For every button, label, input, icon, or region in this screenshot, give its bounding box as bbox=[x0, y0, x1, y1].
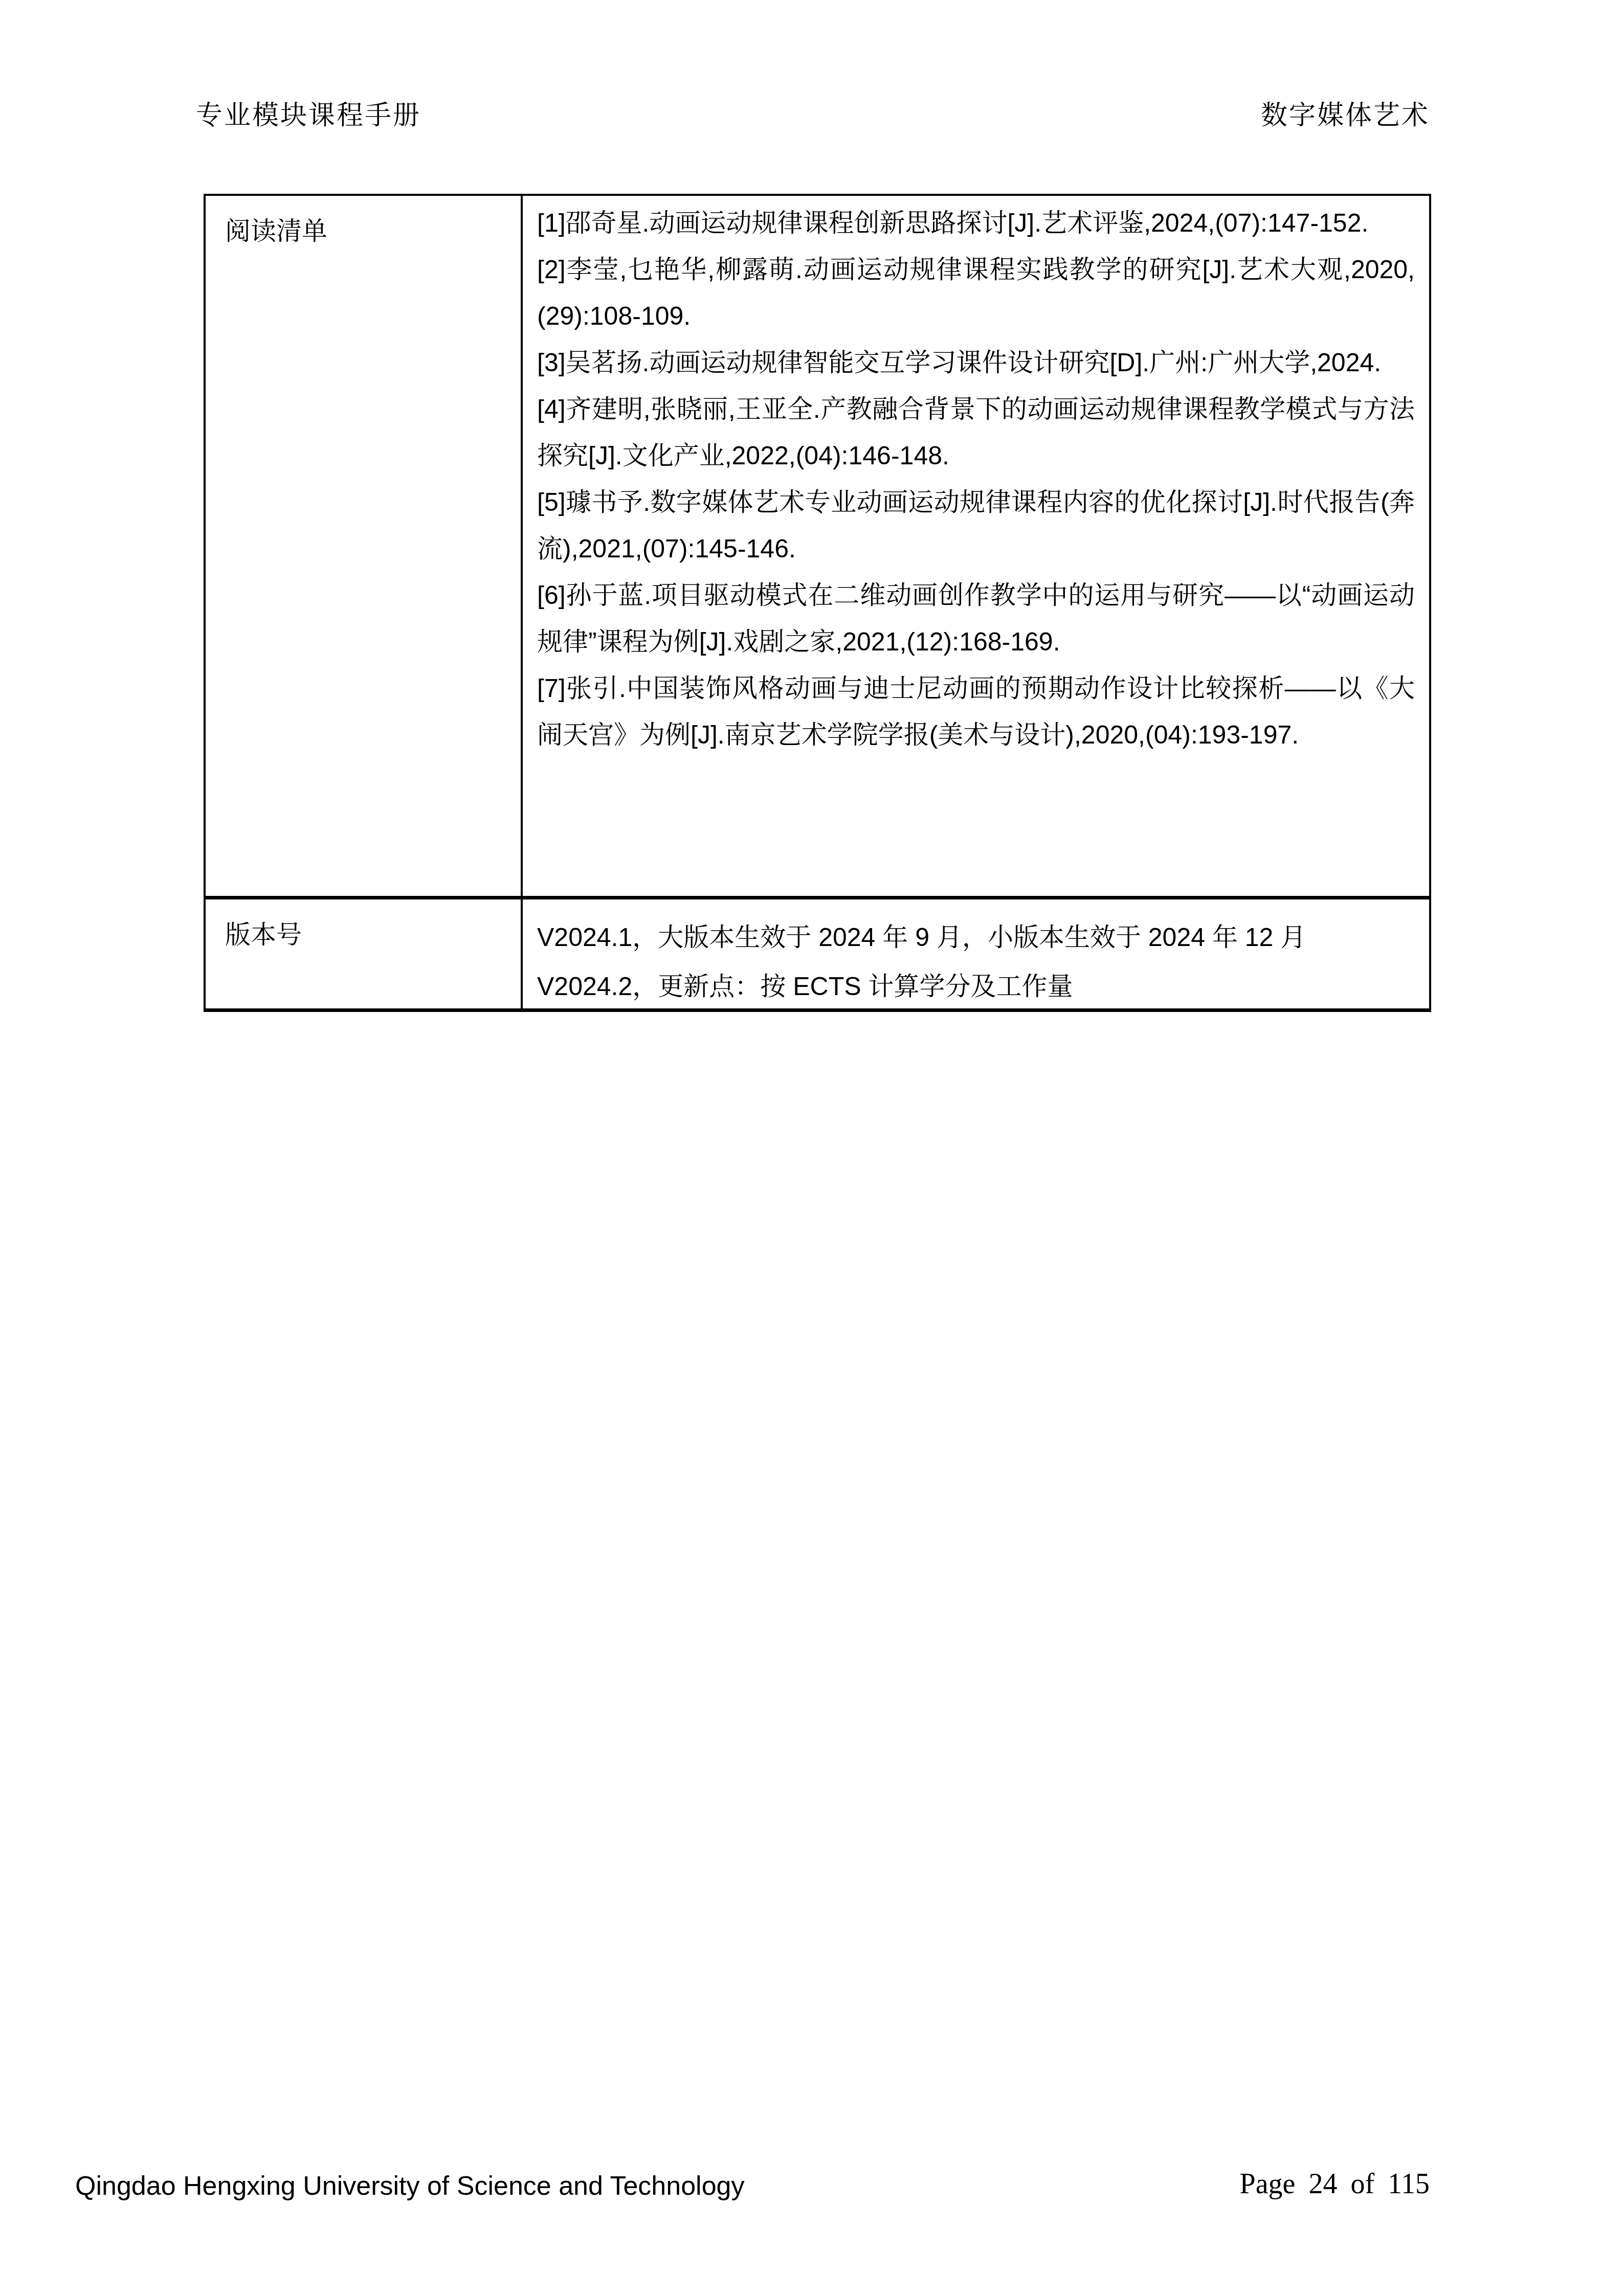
reading-list-label: 阅读清单 bbox=[206, 196, 523, 896]
institution-name: Qingdao Hengxing University of Science a… bbox=[75, 2170, 745, 2202]
page-footer: Qingdao Hengxing University of Science a… bbox=[75, 2167, 1430, 2203]
version-label: 版本号 bbox=[206, 899, 523, 1008]
document-page: 专业模块课程手册 数字媒体艺术 阅读清单 [1]邵奇星.动画运动规律课程创新思路… bbox=[0, 0, 1624, 2296]
header-right-title: 数字媒体艺术 bbox=[1261, 100, 1430, 131]
reference-item: [1]邵奇星.动画运动规律课程创新思路探讨[J].艺术评鉴,2024,(07):… bbox=[537, 200, 1415, 246]
version-row: 版本号 V2024.1，大版本生效于 2024 年 9 月，小版本生效于 202… bbox=[206, 899, 1429, 1008]
reference-item: [4]齐建明,张晓丽,王亚全.产教融合背景下的动画运动规律课程教学模式与方法探究… bbox=[537, 386, 1415, 479]
version-line: V2024.1，大版本生效于 2024 年 9 月，小版本生效于 2024 年 … bbox=[537, 913, 1415, 962]
page-number: Page 24 of 115 bbox=[1240, 2167, 1430, 2201]
reference-item: [6]孙于蓝.项目驱动模式在二维动画创作教学中的运用与研究——以“动画运动规律”… bbox=[537, 572, 1415, 665]
reference-item: [3]吴茗扬.动画运动规律智能交互学习课件设计研究[D].广州:广州大学,202… bbox=[537, 340, 1415, 386]
reference-item: [5]璩书予.数字媒体艺术专业动画运动规律课程内容的优化探讨[J].时代报告(奔… bbox=[537, 479, 1415, 572]
reference-item: [2]李莹,乜艳华,柳露萌.动画运动规律课程实践教学的研究[J].艺术大观,20… bbox=[537, 246, 1415, 340]
page-header: 专业模块课程手册 数字媒体艺术 bbox=[196, 100, 1430, 131]
version-content: V2024.1，大版本生效于 2024 年 9 月，小版本生效于 2024 年 … bbox=[523, 899, 1429, 1008]
version-line: V2024.2，更新点：按 ECTS 计算学分及工作量 bbox=[537, 962, 1415, 1008]
reading-list-content: [1]邵奇星.动画运动规律课程创新思路探讨[J].艺术评鉴,2024,(07):… bbox=[523, 196, 1429, 896]
reading-list-row: 阅读清单 [1]邵奇星.动画运动规律课程创新思路探讨[J].艺术评鉴,2024,… bbox=[206, 196, 1429, 899]
course-info-table: 阅读清单 [1]邵奇星.动画运动规律课程创新思路探讨[J].艺术评鉴,2024,… bbox=[204, 194, 1431, 1012]
reference-item: [7]张引.中国装饰风格动画与迪士尼动画的预期动作设计比较探析——以《大闹天宫》… bbox=[537, 665, 1415, 758]
header-left-title: 专业模块课程手册 bbox=[196, 100, 421, 131]
